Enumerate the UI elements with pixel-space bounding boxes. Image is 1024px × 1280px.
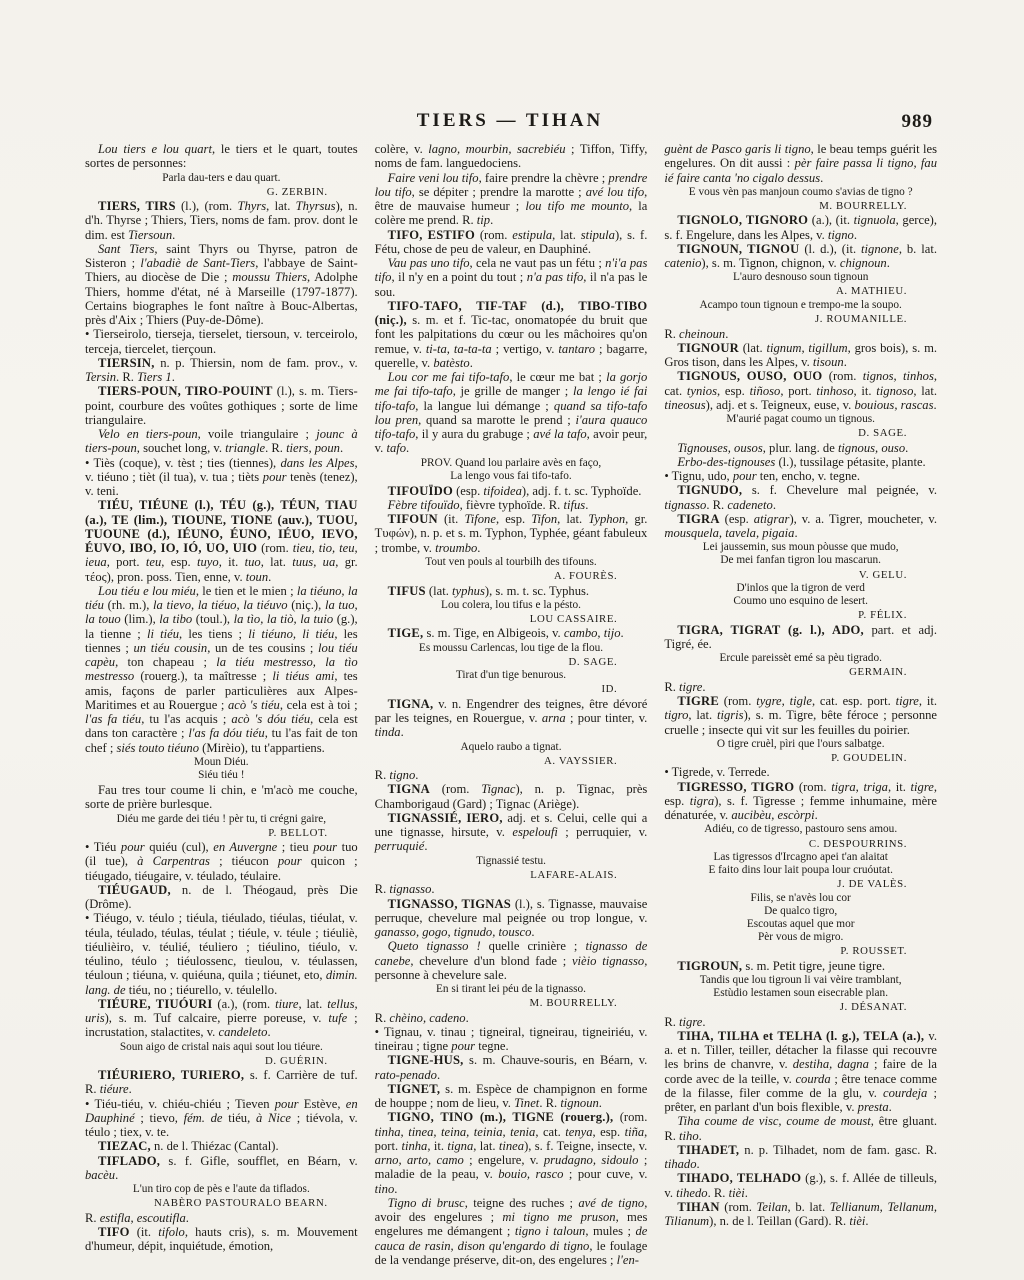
verse-quote: Diéu me garde dei tiéu ! pèr tu, ti crég… [85,813,358,826]
verse-line: L'auro desnouso soun tignoun [664,271,937,284]
verse-line: Adiéu, co de tigresso, pastouro sens amo… [664,823,937,836]
entry-headword: TIFO [98,1225,130,1239]
entry-paragraph: TIERS-POUN, TIRO-POUINT (l.), s. m. Tier… [85,384,358,427]
verse-line: De mei fanfan tigron lou mascarun. [664,554,937,567]
quote-attribution: NABÈRO PASTOURALO BEARN. [85,1197,358,1210]
body-paragraph: • Tierseirolo, tierseja, tierselet, tier… [85,327,358,356]
quote-attribution: J. DÉSANAT. [664,1001,937,1014]
verse-line: En si tirant lei péu de la tignasso. [375,983,648,996]
body-paragraph: • Tiès (coque), v. tèst ; ties (tiennes)… [85,456,358,499]
page-title: TIERS — TIHAN [85,110,935,132]
entry-paragraph: TIFLADO, s. f. Gifle, soufflet, en Béarn… [85,1154,358,1183]
entry-paragraph: TIGROUN, s. m. Petit tigre, jeune tigre. [664,959,937,973]
entry-paragraph: TIHA, TILHA et TELHA (l. g.), TELA (a.),… [664,1029,937,1115]
quote-attribution: D. SAGE. [375,656,648,669]
verse-line: M'aurié pagat coumo un tignous. [664,413,937,426]
verse-quote: Tignassié testu. [375,855,648,868]
entry-paragraph: TIFO-TAFO, TIF-TAF (d.), TIBO-TIBO (niç.… [375,299,648,370]
verse-quote: Las tigressos d'Ircagno apei t'an alaita… [664,851,937,877]
entry-headword: TIGNA, [388,697,434,711]
body-paragraph: Queto tignasso ! quelle crinière ; tigna… [375,939,648,982]
entry-paragraph: TIHADO, TELHADO (g.), s. f. Allée de til… [664,1171,937,1200]
body-paragraph: Fèbre tifouïdo, fièvre typhoïde. R. tifu… [375,498,648,512]
entry-paragraph: TIERS, TIRS (l.), (rom. Thyrs, lat. Thyr… [85,199,358,242]
entry-paragraph: TIGNO, TINO (m.), TIGNE (rouerg.), (rom.… [375,1110,648,1196]
body-paragraph: Lou tiers e lou quart, le tiers et le qu… [85,142,358,171]
entry-headword: TIFOUN [388,512,438,526]
verse-quote: Filis, se n'avès lou corDe qualco tigro,… [664,892,937,944]
body-paragraph: colère, v. lagno, mourbin, sacrebiéu ; T… [375,142,648,171]
quote-attribution: P. BELLOT. [85,827,358,840]
column-3: guènt de Pasco garis li tigno, le beau t… [664,142,937,1267]
entry-headword: TIGRA, TIGRAT (g. l.), ADO, [677,623,864,637]
entry-headword: TIGNET, [388,1082,441,1096]
body-paragraph: • Tigrede, v. Terrede. [664,765,937,779]
verse-line: Filis, se n'avès lou cor [664,892,937,905]
verse-line: Siéu tiéu ! [85,769,358,782]
verse-quote: Moun Diéu.Siéu tiéu ! [85,756,358,782]
entry-paragraph: TIGNASSO, TIGNAS (l.), s. Tignasse, mauv… [375,897,648,940]
body-paragraph: Velo en tiers-poun, voile triangulaire ;… [85,427,358,456]
verse-quote: Lou colera, lou tifus e la pésto. [375,599,648,612]
verse-line: Escoutas aquel que mor [664,918,937,931]
body-paragraph: Vau pas uno tifo, cela ne vaut pas un fé… [375,256,648,299]
entry-headword: TIERS-POUN, TIRO-POUINT [98,384,273,398]
entry-paragraph: TIGNOUS, OUSO, OUO (rom. tignos, tinhos,… [664,369,937,412]
entry-paragraph: TIÉURIERO, TURIERO, s. f. Carrière de tu… [85,1068,358,1097]
entry-headword: TIHAN [677,1200,719,1214]
quote-attribution: P. GOUDELIN. [664,752,937,765]
verse-quote: Tout ven pouls al tourbilh des tifouns. [375,556,648,569]
body-paragraph: • Tignu, udo, pour ten, encho, v. tegne. [664,469,937,483]
body-paragraph: R. tignasso. [375,882,648,896]
verse-line: Las tigressos d'Ircagno apei t'an alaita… [664,851,937,864]
body-paragraph: Faire veni lou tifo, faire prendre la ch… [375,171,648,228]
quote-attribution: LOU CASSAIRE. [375,613,648,626]
entry-paragraph: TIGNA, v. n. Engendrer des teignes, être… [375,697,648,740]
entry-paragraph: TIÉUGAUD, n. de l. Théogaud, près Die (D… [85,883,358,912]
verse-quote: O tigre cruèl, pìri que l'ours salbatge. [664,738,937,751]
body-paragraph: R. cheinoun. [664,327,937,341]
entry-paragraph: TIGNOUN, TIGNOU (l. d.), (it. tignone, b… [664,242,937,271]
entry-headword: TIERS, TIRS [98,199,176,213]
entry-headword: TIGNOUS, OUSO, OUO [677,369,822,383]
verse-line: Lou colera, lou tifus e la pésto. [375,599,648,612]
body-paragraph: guènt de Pasco garis li tigno, le beau t… [664,142,937,185]
entry-headword: TIHA, TILHA et TELHA (l. g.), TELA (a.), [677,1029,924,1043]
verse-quote: PROV. Quand lou parlaire avès en faço,La… [375,457,648,483]
entry-headword: TIGNOUN, TIGNOU [677,242,799,256]
body-paragraph: Sant Tiers, saint Thyrs ou Thyrse, patro… [85,242,358,328]
page-number: 989 [902,111,934,133]
entry-paragraph: TIFO (it. tifolo, hauts cris), s. m. Mou… [85,1225,358,1254]
verse-line: Tirat d'un tige benurous. [375,669,648,682]
verse-quote: M'aurié pagat coumo un tignous. [664,413,937,426]
column-2: colère, v. lagno, mourbin, sacrebiéu ; T… [375,142,648,1267]
quote-attribution: A. MATHIEU. [664,285,937,298]
entry-headword: TIÉURIERO, TURIERO, [98,1068,244,1082]
entry-headword: TIEZAC, [98,1139,151,1153]
quote-attribution: GERMAIN. [664,666,937,679]
entry-paragraph: TIFOUÏDO (esp. tifoidea), adj. f. t. sc.… [375,484,648,498]
entry-headword: TIHADET, [677,1143,739,1157]
quote-attribution: A. FOURÈS. [375,570,648,583]
entry-paragraph: TIÉU, TIÉUNE (l.), TÉU (g.), TÉUN, TIAU … [85,498,358,584]
entry-paragraph: TIHAN (rom. Teilan, b. lat. Tellianum, T… [664,1200,937,1229]
entry-paragraph: TIGNA (rom. Tignac), n. p. Tignac, près … [375,782,648,811]
body-paragraph: R. tigre. [664,1015,937,1029]
verse-quote: Tandis que lou tigroun li vai vèire tram… [664,974,937,1000]
entry-paragraph: TIGNUDO, s. f. Chevelure mal peignée, v.… [664,483,937,512]
verse-quote: L'un tiro cop de pès e l'aute da tiflado… [85,1183,358,1196]
body-paragraph: R. tigre. [664,680,937,694]
quote-attribution: M. BOURRELLY. [664,200,937,213]
quote-attribution: G. ZERBIN. [85,186,358,199]
verse-quote: Ercule pareissèt emé sa pèu tigrado. [664,652,937,665]
entry-headword: TIGROUN, [677,959,742,973]
quote-attribution: J. ROUMANILLE. [664,313,937,326]
verse-quote: Parla dau-ters e dau quart. [85,172,358,185]
body-paragraph: Tiha coume de visc, coume de moust, être… [664,1114,937,1143]
entry-headword: TIFO-TAFO, TIF-TAF (d.), TIBO-TIBO (niç.… [375,299,648,327]
entry-paragraph: TIFOUN (it. Tifone, esp. Tifon, lat. Typ… [375,512,648,555]
verse-line: Tignassié testu. [375,855,648,868]
entry-headword: TIFUS [388,584,426,598]
verse-quote: Adiéu, co de tigresso, pastouro sens amo… [664,823,937,836]
body-paragraph: Erbo-des-tignouses (l.), tussilage pétas… [664,455,937,469]
verse-quote: E vous vèn pas manjoun coumo s'avias de … [664,186,937,199]
entry-headword: TIFLADO, [98,1154,160,1168]
entry-headword: TIGNASSIÉ, IERO, [388,811,503,825]
verse-quote: Es moussu Carlencas, lou tige de la flou… [375,642,648,655]
quote-attribution: A. VAYSSIER. [375,755,648,768]
entry-headword: TIGRESSO, TIGRO [677,780,794,794]
body-paragraph: Tigno di brusc, teigne des ruches ; avé … [375,1196,648,1267]
entry-headword: TIFOUÏDO [388,484,453,498]
body-paragraph: • Tiéu-tiéu, v. chiéu-chiéu ; Tieven pou… [85,1097,358,1140]
quote-attribution: M. BOURRELLY. [375,997,648,1010]
verse-line: Pèr vous de migro. [664,931,937,944]
quote-attribution: D. SAGE. [664,427,937,440]
verse-line: O tigre cruèl, pìri que l'ours salbatge. [664,738,937,751]
entry-headword: TIGNO, TINO (m.), TIGNE (rouerg.), [388,1110,614,1124]
body-paragraph: • Tiéu pour quiéu (cul), en Auvergne ; t… [85,840,358,883]
verse-quote: D'inlos que la tigron de verdCoumo uno e… [664,582,937,608]
verse-quote: Lei jaussemin, sus moun pòusse que mudo,… [664,541,937,567]
entry-headword: TIGNOUR [677,341,739,355]
verse-line: Tandis que lou tigroun li vai vèire tram… [664,974,937,987]
quote-attribution: J. DE VALÈS. [664,878,937,891]
verse-quote: Soun aigo de cristal nais aqui sout lou … [85,1041,358,1054]
entry-paragraph: TIHADET, n. p. Tilhadet, nom de fam. gas… [664,1143,937,1172]
body-paragraph: R. tigno. [375,768,648,782]
verse-quote: Tirat d'un tige benurous. [375,669,648,682]
entry-paragraph: TIGNET, s. m. Espèce de champignon en fo… [375,1082,648,1111]
verse-quote: Acampo toun tignoun e trempo-me la soupo… [664,299,937,312]
verse-line: Parla dau-ters e dau quart. [85,172,358,185]
quote-attribution: ID. [375,683,648,696]
entry-paragraph: TIGNOUR (lat. tignum, tigillum, gros boi… [664,341,937,370]
entry-headword: TIGNA [388,782,430,796]
body-paragraph: • Tiéugo, v. téulo ; tiéula, tiéulado, t… [85,911,358,997]
quote-attribution: V. GELU. [664,569,937,582]
entry-headword: TIGNOLO, TIGNORO [677,213,808,227]
entry-headword: TIERSIN, [98,356,155,370]
verse-line: Coumo uno esquino de lesert. [664,595,937,608]
entry-headword: TIÉUGAUD, [98,883,171,897]
verse-line: PROV. Quand lou parlaire avès en faço, [375,457,648,470]
quote-attribution: LAFARE-ALAIS. [375,869,648,882]
verse-line: Diéu me garde dei tiéu ! pèr tu, ti crég… [85,813,358,826]
verse-quote: Aquelo raubo a tignat. [375,741,648,754]
body-paragraph: Lou cor me fai tifo-tafo, le cœur me bat… [375,370,648,456]
entry-paragraph: TIFUS (lat. typhus), s. m. t. sc. Typhus… [375,584,648,598]
verse-line: Es moussu Carlencas, lou tige de la flou… [375,642,648,655]
entry-headword: TIHADO, TELHADO [677,1171,801,1185]
entry-paragraph: TIGNOLO, TIGNORO (a.), (it. tignuola, ge… [664,213,937,242]
entry-paragraph: TIGRA (esp. atigrar), v. a. Tigrer, mouc… [664,512,937,541]
entry-headword: TIGNE-HUS, [388,1053,464,1067]
body-paragraph: • Tignau, v. tinau ; tigneiral, tigneira… [375,1025,648,1054]
entry-headword: TIFO, ESTIFO [388,228,475,242]
body-paragraph: Fau tres tour coume li chin, e 'm'acò me… [85,783,358,812]
verse-quote: L'auro desnouso soun tignoun [664,271,937,284]
entry-headword: TIGNUDO, [677,483,742,497]
running-head: TIERS — TIHAN 989 [85,110,935,134]
verse-line: Acampo toun tignoun e trempo-me la soupo… [664,299,937,312]
body-paragraph: R. estifla, escoutifla. [85,1211,358,1225]
verse-line: Lei jaussemin, sus moun pòusse que mudo, [664,541,937,554]
entry-paragraph: TIGRESSO, TIGRO (rom. tigra, triga, it. … [664,780,937,823]
verse-line: E faito dins lour lait poupa lour cruóut… [664,864,937,877]
entry-paragraph: TIERSIN, n. p. Thiersin, nom de fam. pro… [85,356,358,385]
verse-line: Moun Diéu. [85,756,358,769]
body-paragraph: R. chèino, cadeno. [375,1011,648,1025]
entry-paragraph: TIÉURE, TIUÓURI (a.), (rom. tiure, lat. … [85,997,358,1040]
body-paragraph: Lou tiéu e lou miéu, le tien et le mien … [85,584,358,755]
entry-paragraph: TIGRA, TIGRAT (g. l.), ADO, part. et adj… [664,623,937,652]
quote-attribution: P. FÉLIX. [664,609,937,622]
verse-line: La lengo vous fai tifo-tafo. [375,470,648,483]
entry-paragraph: TIGNE-HUS, s. m. Chauve-souris, en Béarn… [375,1053,648,1082]
quote-attribution: P. ROUSSET. [664,945,937,958]
verse-line: De qualco tigro, [664,905,937,918]
verse-line: L'un tiro cop de pès e l'aute da tiflado… [85,1183,358,1196]
entry-headword: TIGNASSO, TIGNAS [388,897,511,911]
entry-paragraph: TIEZAC, n. de l. Thiézac (Cantal). [85,1139,358,1153]
verse-quote: En si tirant lei péu de la tignasso. [375,983,648,996]
entry-headword: TIÉURE, TIUÓURI [98,997,212,1011]
body-paragraph: Tignouses, ousos, plur. lang. de tignous… [664,441,937,455]
verse-line: E vous vèn pas manjoun coumo s'avias de … [664,186,937,199]
verse-line: Aquelo raubo a tignat. [375,741,648,754]
entry-headword: TIGRE [677,694,719,708]
entry-paragraph: TIFO, ESTIFO (rom. estipula, lat. stipul… [375,228,648,257]
verse-line: Soun aigo de cristal nais aqui sout lou … [85,1041,358,1054]
entry-paragraph: TIGNASSIÉ, IERO, adj. et s. Celui, celle… [375,811,648,854]
verse-line: Tout ven pouls al tourbilh des tifouns. [375,556,648,569]
verse-line: Ercule pareissèt emé sa pèu tigrado. [664,652,937,665]
verse-line: D'inlos que la tigron de verd [664,582,937,595]
entry-paragraph: TIGE, s. m. Tige, en Albigeois, v. cambo… [375,626,648,640]
column-1: Lou tiers e lou quart, le tiers et le qu… [85,142,358,1267]
entry-paragraph: TIGRE (rom. tygre, tigle, cat. esp. port… [664,694,937,737]
quote-attribution: C. DESPOURRINS. [664,838,937,851]
entry-headword: TIGE, [388,626,424,640]
verse-line: Estùdio lestamen soun eisecrable plan. [664,987,937,1000]
entry-headword: TIGRA [677,512,719,526]
dictionary-columns: Lou tiers e lou quart, le tiers et le qu… [85,142,937,1267]
quote-attribution: D. GUÉRIN. [85,1055,358,1068]
